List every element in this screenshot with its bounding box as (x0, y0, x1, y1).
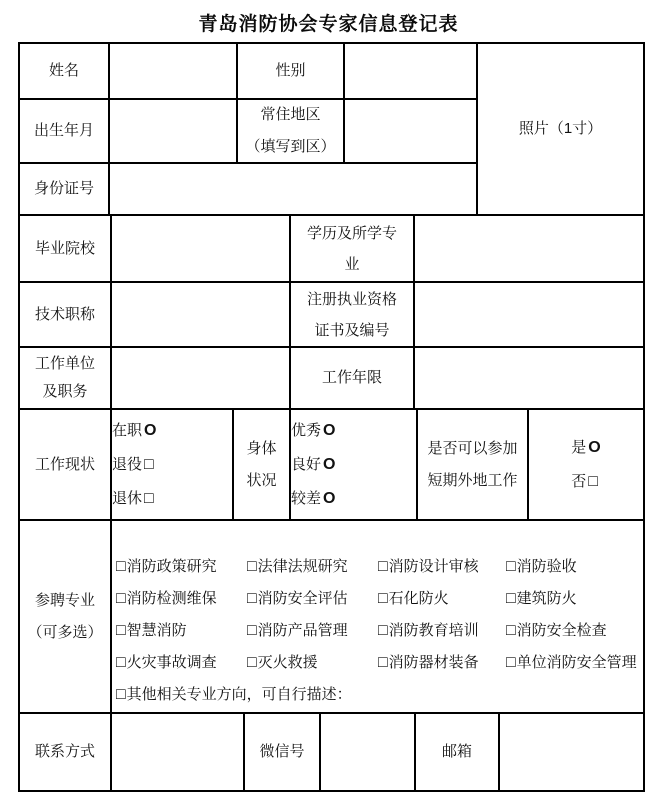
checkbox-icon[interactable]: □ (378, 615, 388, 647)
checkbox-icon[interactable]: □ (378, 647, 388, 679)
specialties-grid: □消防政策研究 □法律法规研究 □消防设计审核 □消防验收 □消防检测维保 □消… (116, 551, 637, 711)
circle-marker[interactable]: O (588, 431, 600, 465)
checkbox-icon[interactable]: □ (506, 551, 516, 583)
employer-field[interactable] (112, 348, 291, 408)
option-poor-label: 较差 (291, 482, 321, 516)
option-retired[interactable]: 退休 □ (112, 482, 154, 516)
specialty-label: 法律法规研究 (258, 551, 348, 583)
option-veteran-label: 退役 (112, 448, 142, 482)
photo-label: 照片（1寸） (519, 114, 602, 144)
specialty-label: 石化防火 (389, 583, 449, 615)
specialty-item-14[interactable]: □消防器材装备 (378, 647, 506, 679)
checkbox-icon[interactable]: □ (506, 647, 516, 679)
certificate-field[interactable] (415, 283, 643, 346)
residence-label-line2: （填写到区） (245, 131, 335, 163)
residence-label-cell: 常住地区 （填写到区） (238, 100, 345, 162)
top-left-stack: 姓名 性别 出生年月 常住地区 （填 (20, 44, 478, 214)
form-title: 青岛消防协会专家信息登记表 (0, 9, 657, 36)
education-field[interactable] (415, 216, 643, 281)
option-employed-label: 在职 (112, 414, 142, 448)
circle-marker[interactable]: O (323, 482, 335, 516)
name-field[interactable] (110, 44, 238, 98)
specialty-label: 火灾事故调查 (127, 647, 217, 679)
row-birth: 出生年月 常住地区 （填写到区） (20, 100, 478, 164)
circle-marker[interactable]: O (144, 414, 156, 448)
specialty-item-5[interactable]: □消防安全评估 (247, 583, 378, 615)
email-label: 邮箱 (442, 737, 472, 767)
travel-label-line1: 是否可以参加 (427, 433, 517, 465)
checkbox-marker[interactable]: □ (588, 465, 598, 499)
option-retired-label: 退休 (112, 482, 142, 516)
health-label-line1: 身体 (244, 433, 280, 465)
certificate-label-cell: 注册执业资格证书及编号 (291, 283, 415, 346)
health-label-line2: 状况 (244, 465, 280, 497)
contact-field[interactable] (112, 714, 245, 790)
row-school: 毕业院校 学历及所学专业 (20, 216, 643, 283)
birth-field[interactable] (110, 100, 238, 162)
education-label-cell: 学历及所学专业 (291, 216, 415, 281)
employer-label-line2: 及职务 (35, 378, 95, 406)
travel-label-cell: 是否可以参加 短期外地工作 (418, 410, 529, 519)
checkbox-icon[interactable]: □ (247, 647, 257, 679)
option-good[interactable]: 良好 O (291, 448, 335, 482)
birth-label-cell: 出生年月 (20, 100, 110, 162)
specialty-label: 消防政策研究 (127, 551, 217, 583)
specialty-label: 消防安全评估 (258, 583, 348, 615)
option-veteran[interactable]: 退役 □ (112, 448, 154, 482)
wechat-label-cell: 微信号 (245, 714, 321, 790)
option-yes[interactable]: 是 O (571, 431, 600, 465)
tech-title-label: 技术职称 (35, 300, 95, 330)
work-status-options: 在职 O 退役 □ 退休 □ (112, 410, 234, 519)
checkbox-icon[interactable]: □ (247, 615, 257, 647)
specialty-item-11[interactable]: □消防安全检查 (506, 615, 637, 647)
checkbox-icon[interactable]: □ (378, 583, 388, 615)
checkbox-icon[interactable]: □ (247, 583, 257, 615)
specialty-item-8[interactable]: □智慧消防 (116, 615, 247, 647)
school-label-cell: 毕业院校 (20, 216, 112, 281)
circle-marker[interactable]: O (323, 414, 335, 448)
option-excellent-label: 优秀 (291, 414, 321, 448)
gender-field[interactable] (345, 44, 478, 98)
specialty-item-1[interactable]: □法律法规研究 (247, 551, 378, 583)
work-years-label: 工作年限 (322, 363, 382, 393)
birth-label: 出生年月 (34, 116, 94, 146)
top-row-group: 姓名 性别 出生年月 常住地区 （填 (20, 44, 643, 216)
specialty-item-10[interactable]: □消防教育培训 (378, 615, 506, 647)
gender-label: 性别 (275, 56, 305, 86)
checkbox-marker[interactable]: □ (144, 448, 154, 482)
tech-title-field[interactable] (112, 283, 291, 346)
specialty-label: 消防器材装备 (389, 647, 479, 679)
specialties-label-line1: 参聘专业 (27, 585, 102, 617)
checkbox-icon[interactable]: □ (116, 615, 126, 647)
wechat-label: 微信号 (259, 737, 304, 767)
specialty-item-2[interactable]: □消防设计审核 (378, 551, 506, 583)
contact-label-cell: 联系方式 (20, 714, 112, 790)
checkbox-icon[interactable]: □ (378, 551, 388, 583)
specialty-label: 灭火救援 (258, 647, 318, 679)
checkbox-icon[interactable]: □ (116, 647, 126, 679)
email-label-cell: 邮箱 (416, 714, 500, 790)
checkbox-icon[interactable]: □ (247, 551, 257, 583)
specialty-other-label: 其他相关专业方向，可自行描述： (127, 679, 352, 711)
option-no-label: 否 (571, 465, 586, 499)
specialty-label: 消防安全检查 (517, 615, 607, 647)
specialty-item-3[interactable]: □消防验收 (506, 551, 637, 583)
work-status-label-cell: 工作现状 (20, 410, 112, 519)
specialties-label-line2: （可多选） (27, 617, 102, 649)
residence-label-line1: 常住地区 (245, 99, 335, 131)
specialty-item-9[interactable]: □消防产品管理 (247, 615, 378, 647)
travel-options: 是 O 否 □ (529, 410, 643, 519)
gender-label-cell: 性别 (238, 44, 345, 98)
registration-table: 姓名 性别 出生年月 常住地区 （填 (18, 42, 645, 792)
education-label: 学历及所学专业 (302, 218, 402, 280)
specialty-label: 智慧消防 (127, 615, 187, 647)
checkbox-marker[interactable]: □ (144, 482, 154, 516)
tech-title-label-cell: 技术职称 (20, 283, 112, 346)
email-field[interactable] (500, 714, 643, 790)
checkbox-icon[interactable]: □ (116, 551, 126, 583)
option-employed[interactable]: 在职 O (112, 414, 156, 448)
row-id-number: 身份证号 (20, 164, 478, 214)
option-excellent[interactable]: 优秀 O (291, 414, 335, 448)
specialty-item-15[interactable]: □单位消防安全管理 (506, 647, 637, 679)
row-work-status: 工作现状 在职 O 退役 □ 退休 □ 身体 状况 (20, 410, 643, 521)
id-number-label-cell: 身份证号 (20, 164, 110, 214)
specialties-grid-cell: □消防政策研究 □法律法规研究 □消防设计审核 □消防验收 □消防检测维保 □消… (112, 521, 643, 712)
specialty-label: 消防产品管理 (258, 615, 348, 647)
specialty-item-7[interactable]: □建筑防火 (506, 583, 637, 615)
school-label: 毕业院校 (35, 234, 95, 264)
name-label: 姓名 (49, 56, 79, 86)
employer-label-line1: 工作单位 (35, 350, 95, 378)
specialty-item-4[interactable]: □消防检测维保 (116, 583, 247, 615)
health-options: 优秀 O 良好 O 较差 O (291, 410, 418, 519)
specialty-item-other[interactable]: □其他相关专业方向，可自行描述： (116, 679, 637, 711)
work-status-label: 工作现状 (35, 450, 95, 480)
school-field[interactable] (112, 216, 291, 281)
row-employer: 工作单位 及职务 工作年限 (20, 348, 643, 410)
specialty-label: 建筑防火 (517, 583, 577, 615)
option-poor[interactable]: 较差 O (291, 482, 335, 516)
row-name: 姓名 性别 (20, 44, 478, 100)
specialty-label: 消防检测维保 (127, 583, 217, 615)
specialty-item-12[interactable]: □火灾事故调查 (116, 647, 247, 679)
option-good-label: 良好 (291, 448, 321, 482)
specialty-item-6[interactable]: □石化防火 (378, 583, 506, 615)
work-years-field[interactable] (415, 348, 643, 408)
specialty-label: 消防验收 (517, 551, 577, 583)
employer-label-cell: 工作单位 及职务 (20, 348, 112, 408)
specialty-label: 消防设计审核 (389, 551, 479, 583)
option-no[interactable]: 否 □ (571, 465, 598, 499)
registration-form-page: 青岛消防协会专家信息登记表 姓名 性别 出生年月 (0, 0, 657, 805)
row-tech-title: 技术职称 注册执业资格证书及编号 (20, 283, 643, 348)
checkbox-icon[interactable]: □ (506, 583, 516, 615)
work-years-label-cell: 工作年限 (291, 348, 415, 408)
travel-label-line2: 短期外地工作 (427, 465, 517, 497)
photo-cell: 照片（1寸） (478, 44, 643, 214)
specialty-label: 单位消防安全管理 (517, 647, 637, 679)
checkbox-icon[interactable]: □ (506, 615, 516, 647)
checkbox-icon[interactable]: □ (116, 679, 126, 711)
specialty-label: 消防教育培训 (389, 615, 479, 647)
option-yes-label: 是 (571, 431, 586, 465)
specialty-item-13[interactable]: □灭火救援 (247, 647, 378, 679)
residence-field[interactable] (345, 100, 478, 162)
id-number-label: 身份证号 (34, 174, 94, 204)
wechat-field[interactable] (321, 714, 416, 790)
certificate-label: 注册执业资格证书及编号 (302, 284, 402, 346)
row-contact: 联系方式 微信号 邮箱 (20, 714, 643, 790)
specialty-item-0[interactable]: □消防政策研究 (116, 551, 247, 583)
contact-label: 联系方式 (35, 737, 95, 767)
specialties-label-cell: 参聘专业 （可多选） (20, 521, 112, 712)
row-specialties: 参聘专业 （可多选） □消防政策研究 □法律法规研究 □消防设计审核 □消防验收… (20, 521, 643, 714)
id-number-field[interactable] (110, 164, 478, 214)
health-label-cell: 身体 状况 (234, 410, 291, 519)
checkbox-icon[interactable]: □ (116, 583, 126, 615)
name-label-cell: 姓名 (20, 44, 110, 98)
circle-marker[interactable]: O (323, 448, 335, 482)
